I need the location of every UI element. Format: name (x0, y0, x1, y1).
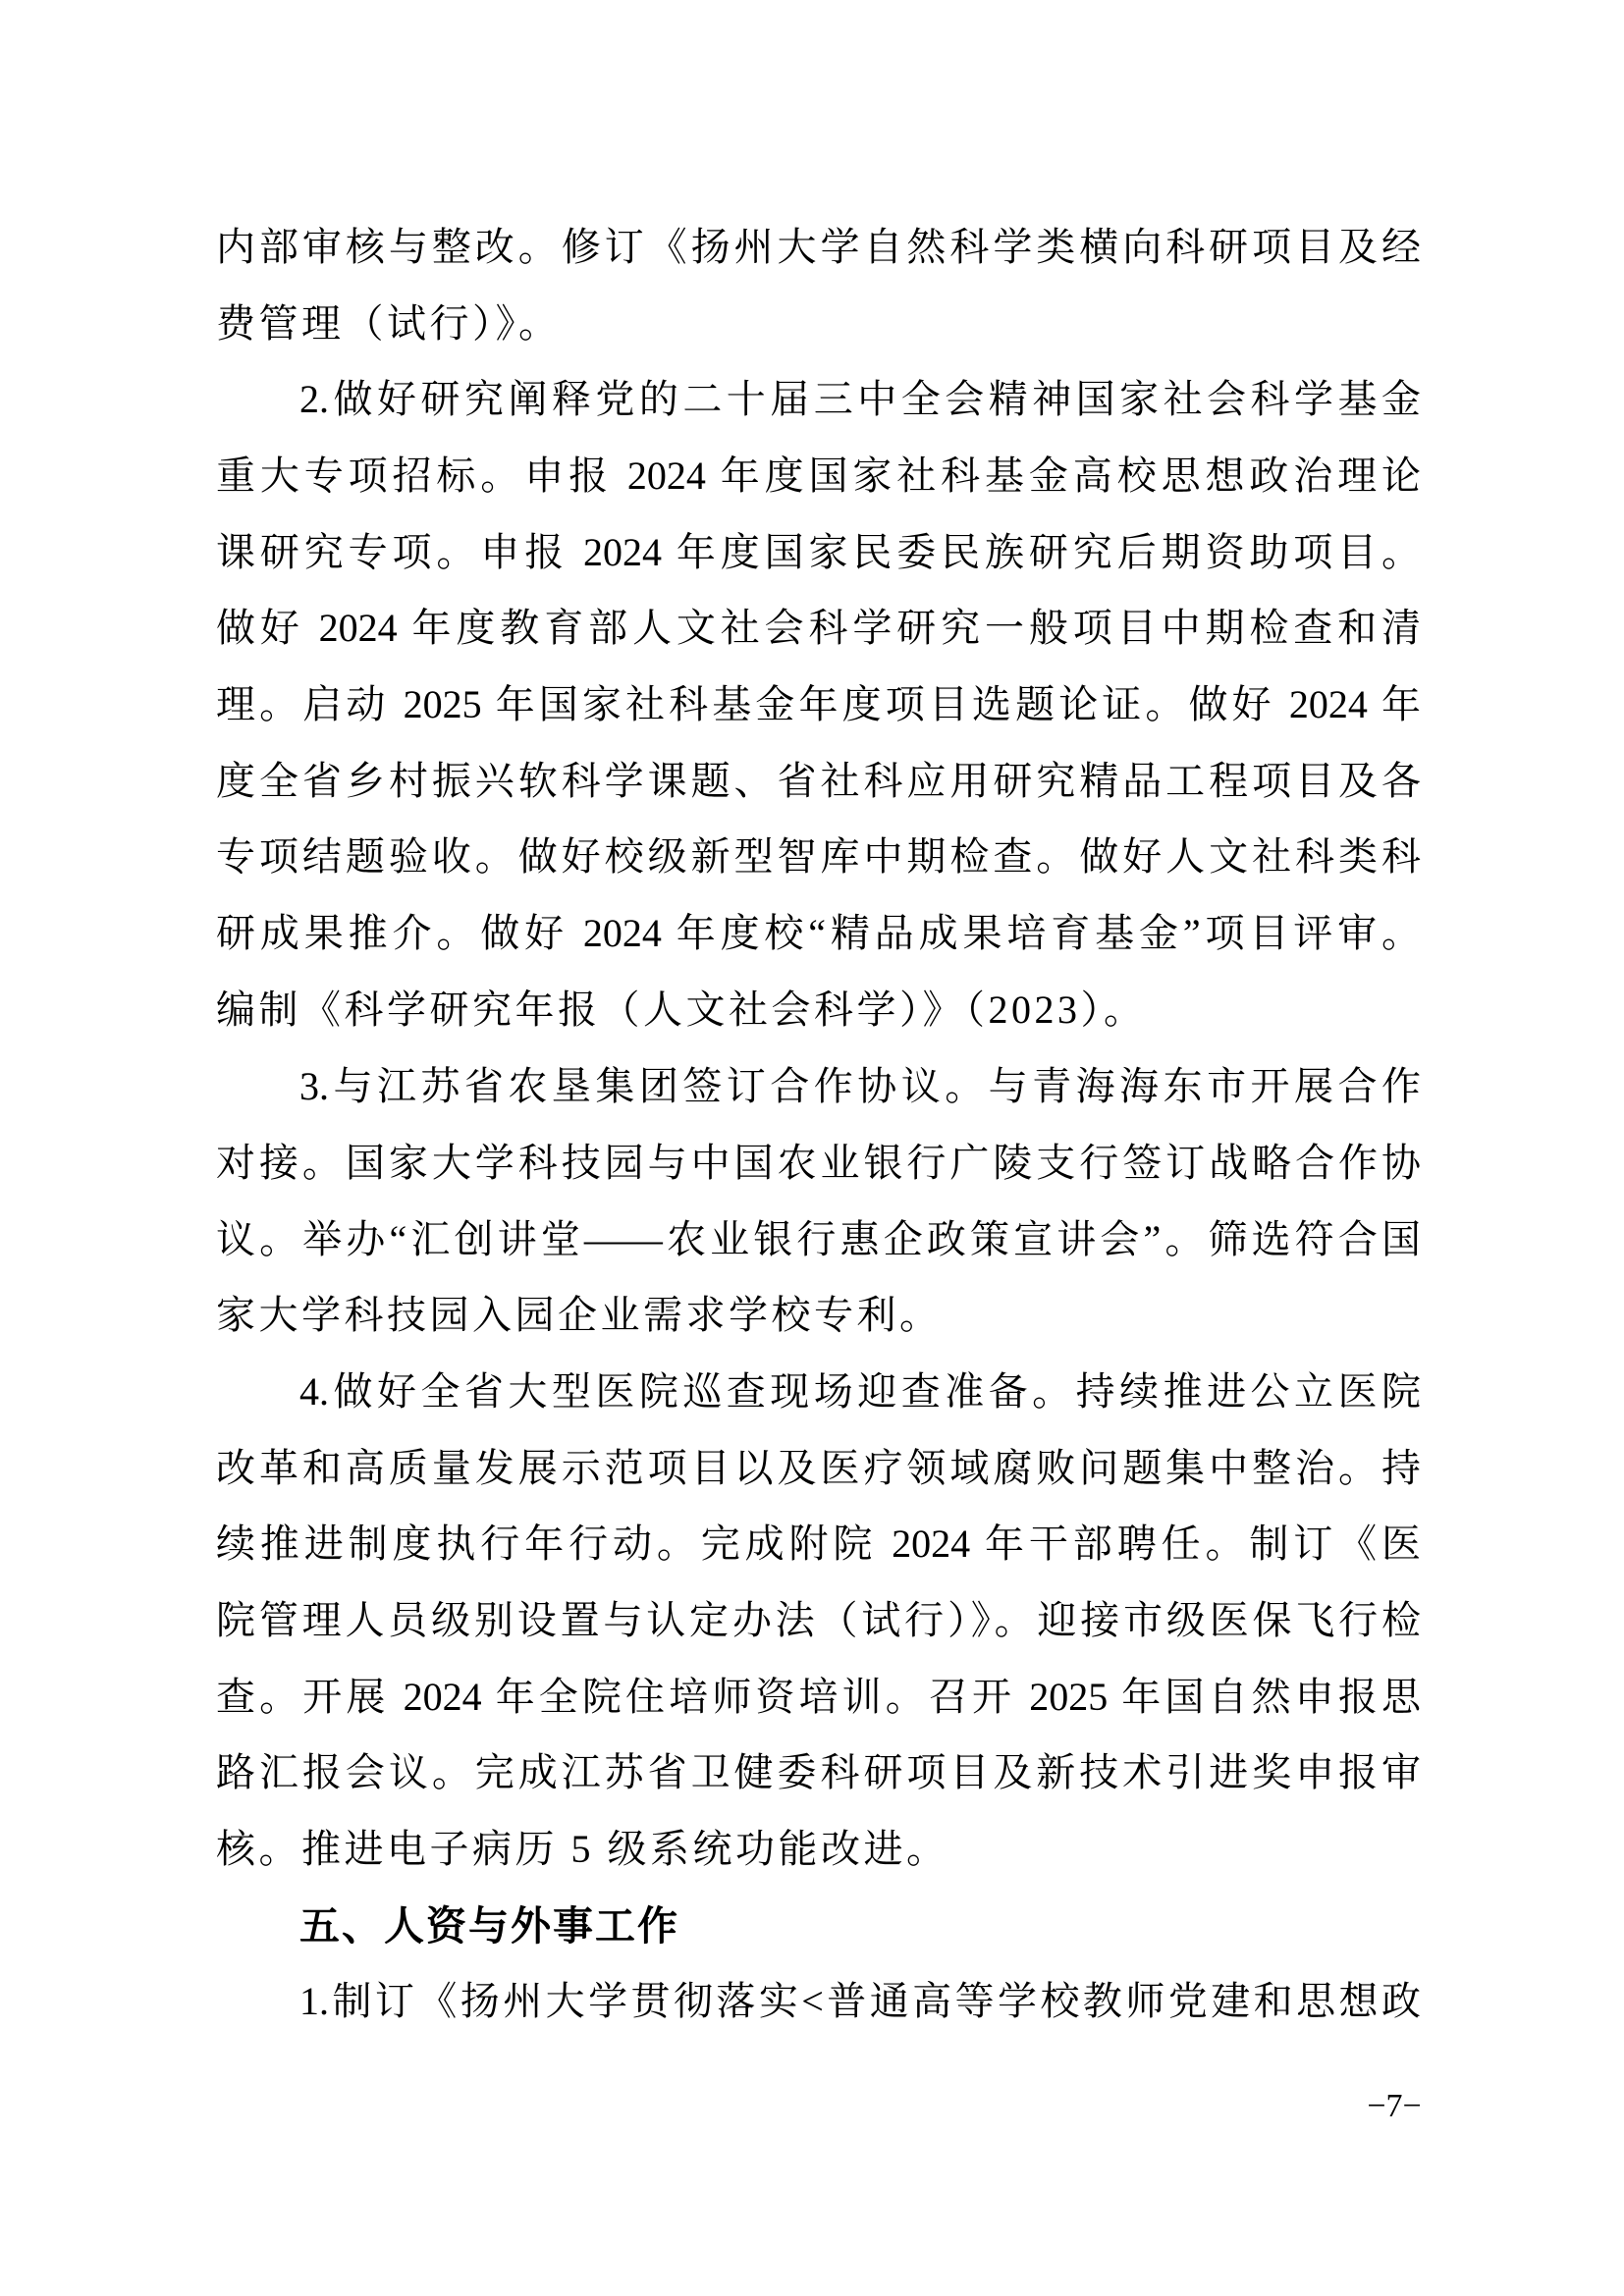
body-line: 编制《科学研究年报（人文社会科学）》（2023）。 (216, 981, 1421, 1040)
body-line: 专项结题验收。做好校级新型智库中期检查。做好人文社科类科 (216, 828, 1421, 886)
body-line: 路汇报会议。完成江苏省卫健委科研项目及新技术引进奖申报审 (216, 1743, 1421, 1802)
body-line: 议。举办“汇创讲堂——农业银行惠企政策宣讲会”。筛选符合国 (216, 1210, 1421, 1269)
body-line: 费管理（试行）》。 (216, 294, 1421, 353)
body-line: 研成果推介。做好 2024 年度校“精品成果培育基金”项目评审。 (216, 904, 1421, 963)
paragraph-start-line: 3.与江苏省农垦集团签订合作协议。与青海海东市开展合作 (299, 1057, 1421, 1116)
page-number: −7− (1363, 2087, 1426, 2126)
body-line: 查。开展 2024 年全院住培师资培训。召开 2025 年国自然申报思 (216, 1668, 1421, 1727)
body-line: 院管理人员级别设置与认定办法（试行）》。迎接市级医保飞行检 (216, 1591, 1421, 1650)
section-heading: 五、人资与外事工作 (299, 1896, 679, 1955)
body-line: 度全省乡村振兴软科学课题、省社科应用研究精品工程项目及各 (216, 752, 1421, 811)
body-line: 对接。国家大学科技园与中国农业银行广陵支行签订战略合作协 (216, 1134, 1421, 1193)
body-line: 重大专项招标。申报 2024 年度国家社科基金高校思想政治理论 (216, 447, 1421, 506)
body-line: 核。推进电子病历 5 级系统功能改进。 (216, 1820, 1421, 1879)
body-line: 课研究专项。申报 2024 年度国家民委民族研究后期资助项目。 (216, 523, 1421, 582)
document-page: 内部审核与整改。修订《扬州大学自然科学类横向科研项目及经 费管理（试行）》。 2… (0, 0, 1624, 2296)
body-line: 理。启动 2025 年国家社科基金年度项目选题论证。做好 2024 年 (216, 675, 1421, 734)
paragraph-start-line: 4.做好全省大型医院巡查现场迎查准备。持续推进公立医院 (299, 1362, 1421, 1421)
paragraph-start-line: 2.做好研究阐释党的二十届三中全会精神国家社会科学基金 (299, 370, 1421, 429)
body-line: 改革和高质量发展示范项目以及医疗领域腐败问题集中整治。持 (216, 1439, 1421, 1498)
paragraph-start-line: 1.制订《扬州大学贯彻落实<普通高等学校教师党建和思想政 (299, 1972, 1421, 2031)
body-line: 家大学科技园入园企业需求学校专利。 (216, 1286, 1421, 1345)
body-line: 做好 2024 年度教育部人文社会科学研究一般项目中期检查和清 (216, 599, 1421, 658)
body-line: 续推进制度执行年行动。完成附院 2024 年干部聘任。制订《医 (216, 1515, 1421, 1574)
body-line: 内部审核与整改。修订《扬州大学自然科学类横向科研项目及经 (216, 218, 1421, 277)
